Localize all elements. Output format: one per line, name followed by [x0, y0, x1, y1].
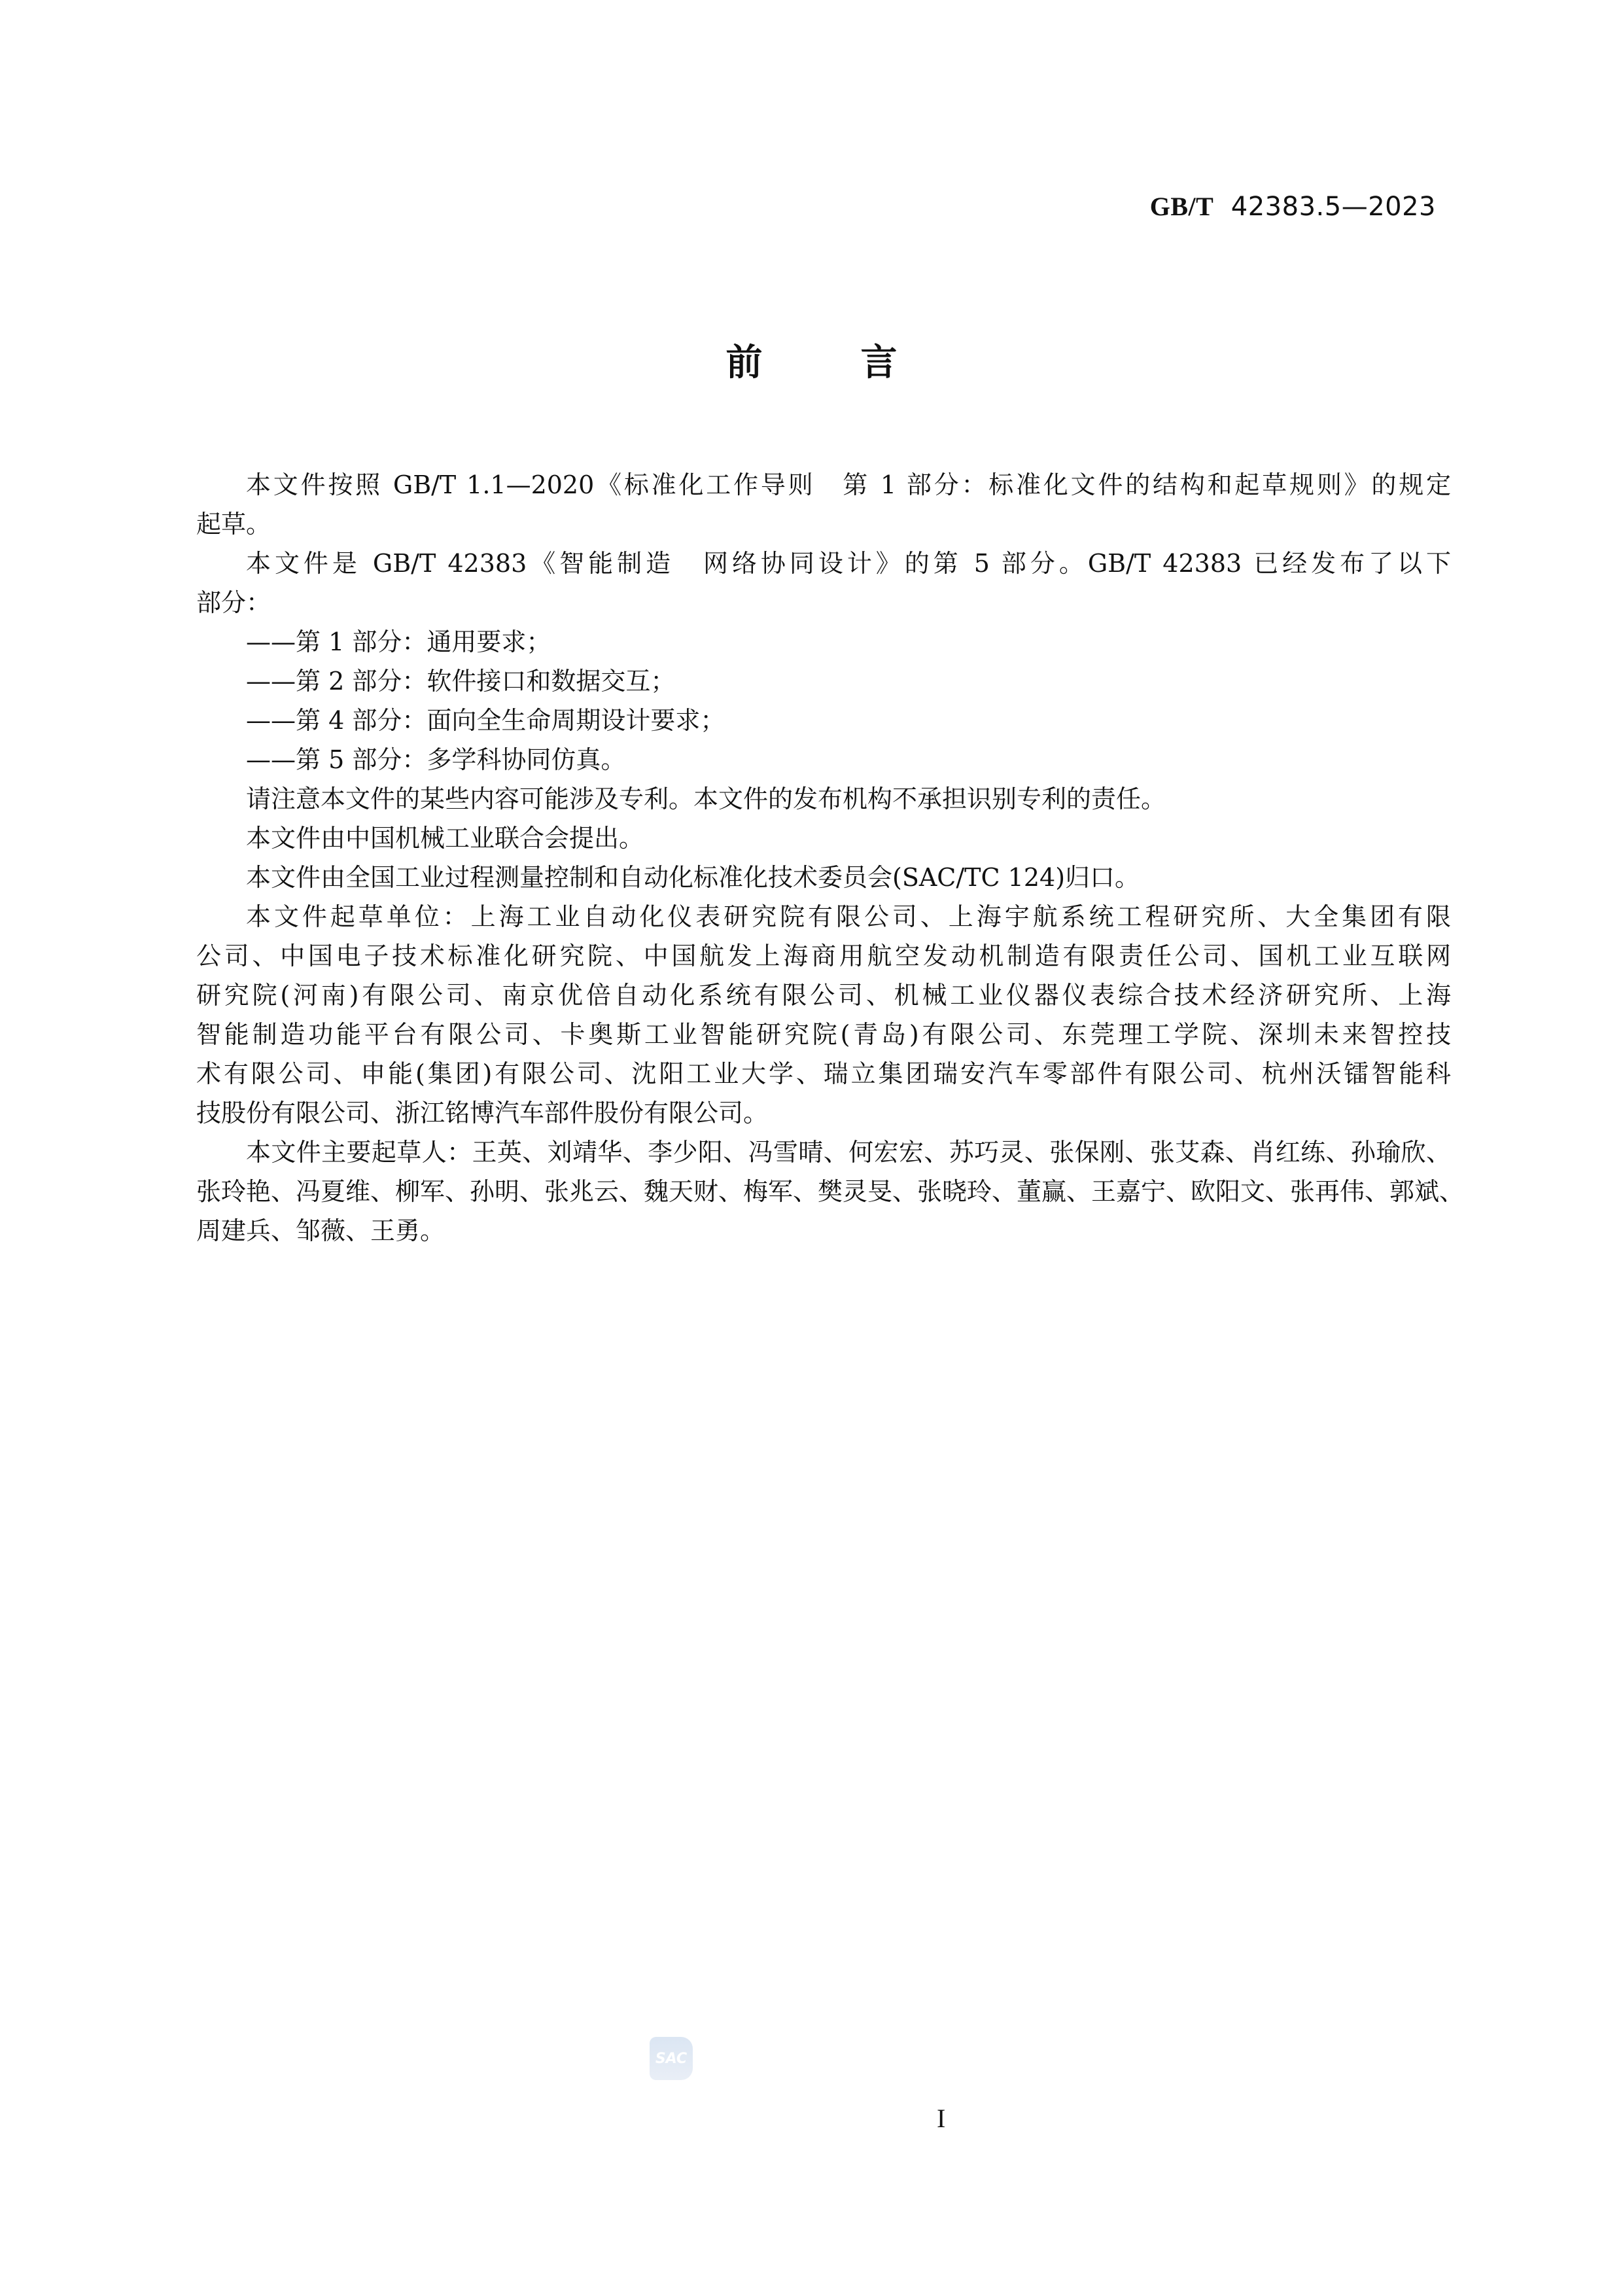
drafting-units-line: 公司、中国电子技术标准化研究院、中国航发上海商用航空发动机制造有限责任公司、国机…: [196, 940, 1451, 972]
paragraph-line: 起草。: [196, 508, 271, 540]
list-item: ——第 5 部分：多学科协同仿真。: [246, 743, 625, 776]
title-char-2: 言: [861, 334, 898, 386]
list-item: ——第 4 部分：面向全生命周期设计要求；: [246, 704, 725, 737]
committee-statement: 本文件由全国工业过程测量控制和自动化标准化技术委员会(SAC/TC 124)归口…: [246, 861, 1140, 894]
paragraph-line: 部分：: [196, 586, 271, 619]
drafting-units-line: 研究院(河南)有限公司、南京优倍自动化系统有限公司、机械工业仪器仪表综合技术经济…: [196, 979, 1451, 1012]
list-item: ——第 2 部分：软件接口和数据交互；: [246, 665, 675, 698]
drafting-units-line: 技股份有限公司、浙江铭博汽车部件股份有限公司。: [196, 1097, 768, 1129]
standard-number-header: GB/T 42383.5—2023: [1150, 191, 1436, 222]
drafting-units-line: 本文件起草单位：上海工业自动化仪表研究院有限公司、上海宇航系统工程研究所、大全集…: [246, 900, 1451, 933]
standard-prefix: GB/T: [1150, 192, 1214, 221]
proposer-statement: 本文件由中国机械工业联合会提出。: [246, 822, 644, 855]
list-item: ——第 1 部分：通用要求；: [246, 626, 551, 658]
paragraph-line: 本文件按照 GB/T 1.1—2020《标准化工作导则 第 1 部分：标准化文件…: [246, 468, 1451, 501]
page-title: 前言: [0, 334, 1623, 386]
sac-logo-text: SAC: [655, 2051, 687, 2067]
drafters-line: 本文件主要起草人：王英、刘靖华、李少阳、冯雪晴、何宏宏、苏巧灵、张保刚、张艾森、…: [246, 1136, 1451, 1169]
title-char-1: 前: [726, 334, 763, 386]
patent-notice: 请注意本文件的某些内容可能涉及专利。本文件的发布机构不承担识别专利的责任。: [246, 783, 1166, 815]
drafters-line: 周建兵、邹薇、王勇。: [196, 1214, 445, 1247]
sac-logo-watermark: SAC: [650, 2037, 693, 2080]
drafters-line: 张玲艳、冯夏维、柳军、孙明、张兆云、魏天财、梅军、樊灵旻、张晓玲、董赢、王嘉宁、…: [196, 1175, 1451, 1208]
drafting-units-line: 术有限公司、申能(集团)有限公司、沈阳工业大学、瑞立集团瑞安汽车零部件有限公司、…: [196, 1057, 1451, 1090]
paragraph-line: 本文件是 GB/T 42383《智能制造 网络协同设计》的第 5 部分。GB/T…: [246, 547, 1451, 580]
drafting-units-line: 智能制造功能平台有限公司、卡奥斯工业智能研究院(青岛)有限公司、东莞理工学院、深…: [196, 1018, 1451, 1051]
standard-number: 42383.5—2023: [1231, 192, 1436, 222]
page-number: I: [937, 2103, 945, 2134]
